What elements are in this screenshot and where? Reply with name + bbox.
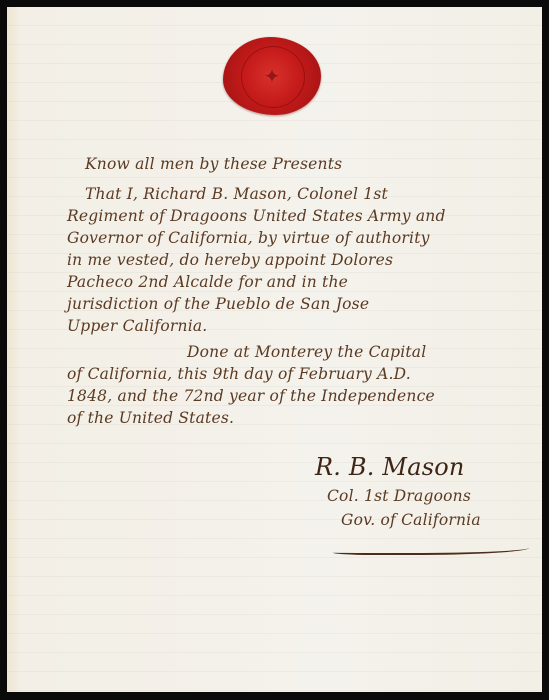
salutation: Know all men by these Presents (85, 155, 342, 173)
document-page: ✦ Know all men by these Presents That I,… (7, 7, 542, 692)
body-line: That I, Richard B. Mason, Colonel 1st (85, 185, 388, 203)
closing-line: of California, this 9th day of February … (67, 365, 411, 383)
signature-flourish (333, 543, 529, 555)
closing-line: of the United States. (67, 409, 234, 427)
body-line: in me vested, do hereby appoint Dolores (67, 251, 393, 269)
body-line: Governor of California, by virtue of aut… (67, 229, 430, 247)
body-line: Regiment of Dragoons United States Army … (67, 207, 446, 225)
wax-seal: ✦ (223, 37, 321, 115)
signature-name: R. B. Mason (315, 453, 465, 481)
body-line: Pacheco 2nd Alcalde for and in the (67, 273, 348, 291)
closing-line: 1848, and the 72nd year of the Independe… (67, 387, 435, 405)
body-line: jurisdiction of the Pueblo de San Jose (67, 295, 369, 313)
body-line: Upper California. (67, 317, 207, 335)
signature-title: Col. 1st Dragoons (327, 487, 471, 505)
closing-line: Done at Monterey the Capital (187, 343, 426, 361)
signature-title: Gov. of California (341, 511, 481, 529)
eagle-icon: ✦ (259, 63, 285, 89)
